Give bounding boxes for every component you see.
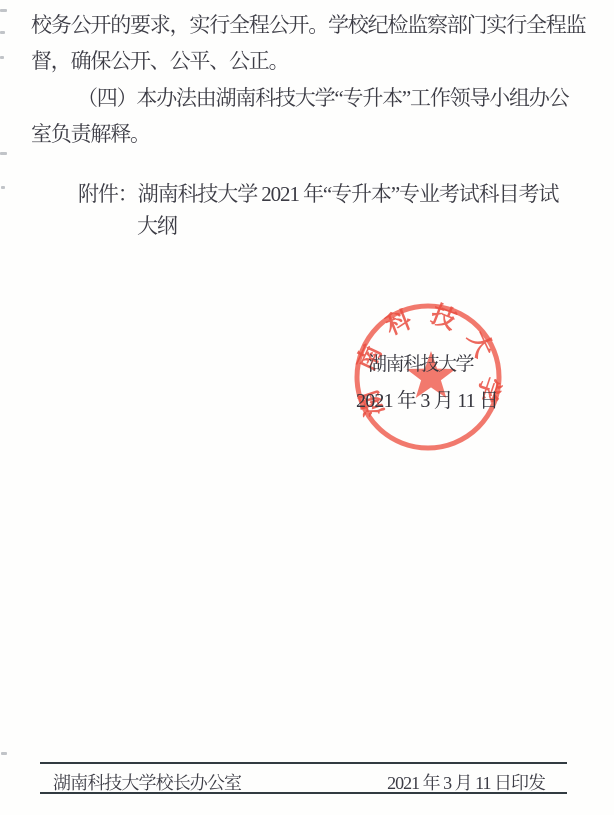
scan-artifact: [0, 9, 7, 12]
footer-rule-top: [40, 762, 567, 764]
attachment-line: 大纲: [137, 214, 177, 238]
signature-date: 2021 年 3 月 11 日: [356, 384, 498, 413]
official-seal: 湖南科技大学: [347, 296, 509, 458]
body-paragraph-line: 督，确保公开、公平、公正。: [31, 49, 288, 73]
body-paragraph-line: 校务公开的要求，实行全程公开。学校纪检监察部门实行全程监: [31, 13, 585, 37]
footer-issuing-office: 湖南科技大学校长办公室: [53, 769, 241, 795]
scan-artifact: [0, 31, 5, 34]
document-page: 校务公开的要求，实行全程公开。学校纪检监察部门实行全程监 督，确保公开、公平、公…: [0, 0, 614, 815]
signature-issuer: 湖南科技大学: [368, 349, 473, 376]
footer-print-date: 2021 年 3 月 11 日印发: [387, 769, 545, 795]
scan-artifact: [0, 152, 7, 155]
body-paragraph-line: （四）本办法由湖南科技大学“专升本”工作领导小组办公: [77, 86, 568, 110]
scan-artifact: [1, 186, 5, 189]
scan-artifact: [1, 752, 7, 755]
body-paragraph-line: 室负责解释。: [31, 122, 150, 146]
scan-artifact: [0, 56, 4, 59]
attachment-line: 附件：湖南科技大学 2021 年“专升本”专业考试科目考试: [78, 182, 558, 206]
